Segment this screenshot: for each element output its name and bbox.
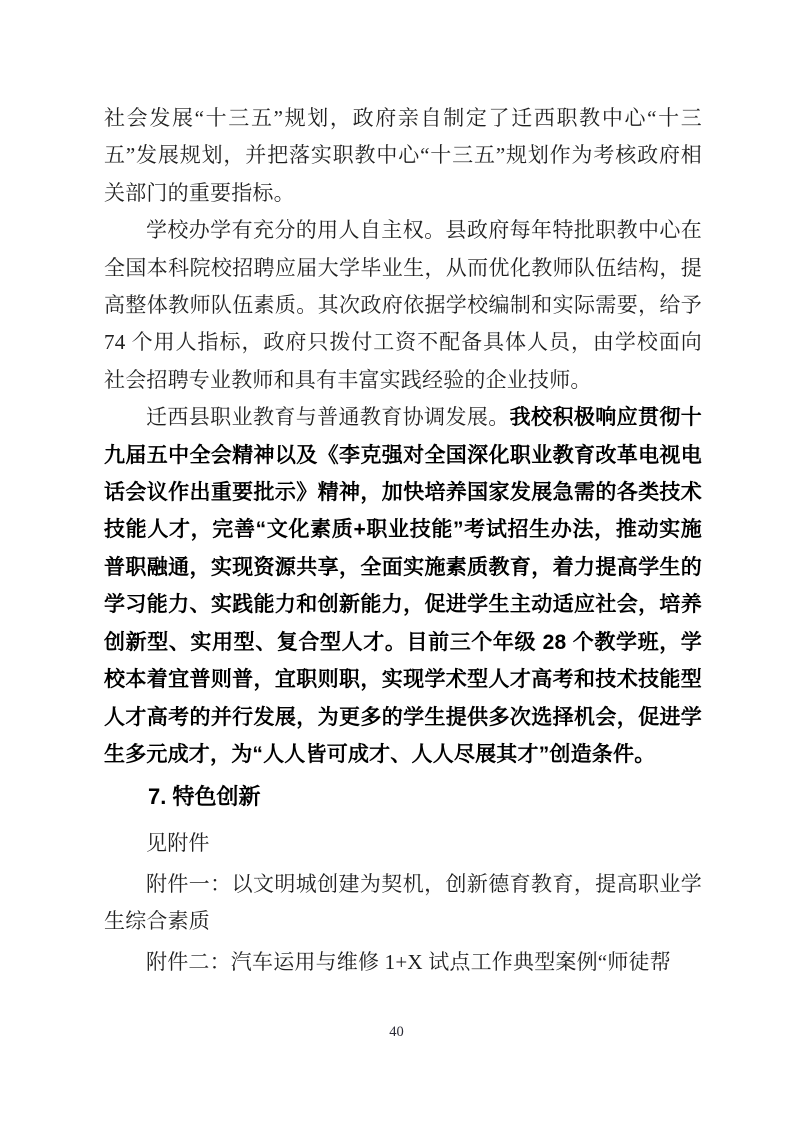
paragraph-five-year-plan: 社会发展“十三五”规划，政府亲自制定了迁西职教中心“十三五”发展规划，并把落实职… [104,100,702,212]
paragraph-coordinated-development: 迁西县职业教育与普通教育协调发展。我校积极响应贯彻十九届五中全会精神以及《李克强… [104,399,702,773]
paragraph-coordinated-development-emphasis: 我校积极响应贯彻十九届五中全会精神以及《李克强对全国深化职业教育改革电视电话会议… [104,406,702,766]
paragraph-staffing-autonomy: 学校办学有充分的用人自主权。县政府每年特批职教中心在全国本科院校招聘应届大学毕业… [104,212,702,399]
page-content: 社会发展“十三五”规划，政府亲自制定了迁西职教中心“十三五”发展规划，并把落实职… [104,100,702,981]
paragraph-coordinated-development-lead: 迁西县职业教育与普通教育协调发展。 [146,405,510,429]
document-page: 社会发展“十三五”规划，政府亲自制定了迁西职教中心“十三五”发展规划，并把落实职… [0,0,793,1122]
paragraph-attachment-2: 附件二：汽车运用与维修 1+X 试点工作典型案例“师徒帮 [104,944,702,981]
paragraph-attachment-1: 附件一：以文明城创建为契机，创新德育教育，提高职业学生综合素质 [104,866,702,941]
paragraph-see-attachment: 见附件 [104,825,702,862]
section-heading-special-innovation: 7. 特色创新 [104,777,702,817]
page-number: 40 [0,1024,793,1041]
